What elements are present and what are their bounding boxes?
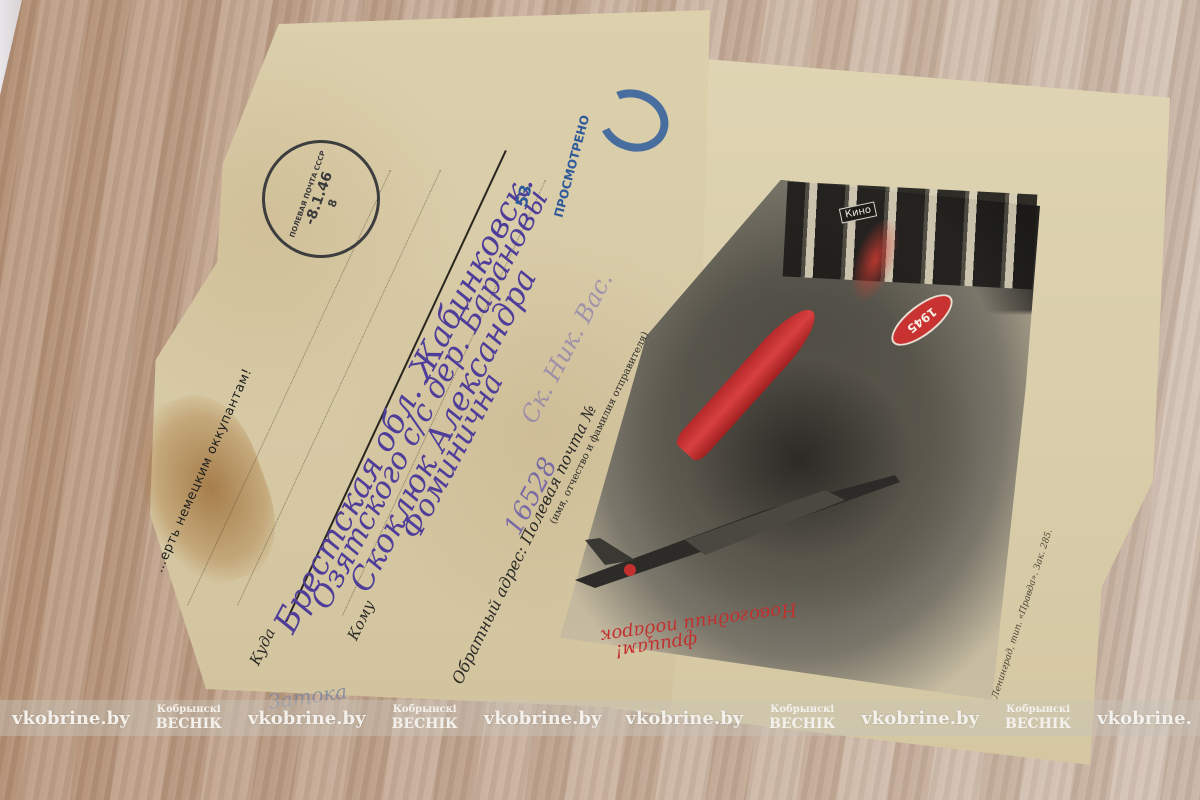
- watermark-site-text: vkobrine.by: [248, 708, 366, 729]
- watermark-site-text: vkobrine.: [1097, 708, 1192, 729]
- watermark-brand-logo: КобрынскіВЕСНІК: [392, 705, 458, 731]
- watermark-brand-top: Кобрынскі: [770, 705, 834, 715]
- watermark-site-text: vkobrine.by: [861, 708, 979, 729]
- watermark-brand-bottom: ВЕСНІК: [392, 717, 458, 731]
- watermark-brand-logo: КобрынскіВЕСНІК: [156, 705, 222, 731]
- city-buildings: [783, 182, 1038, 290]
- bomber-plane-icon: [565, 470, 925, 590]
- watermark-site-text: vkobrine.by: [12, 708, 130, 729]
- watermark-strip: vkobrine.byКобрынскіВЕСНІКvkobrine.byКоб…: [0, 700, 1200, 736]
- watermark-brand-bottom: ВЕСНІК: [156, 717, 222, 731]
- watermark-brand-top: Кобрынскі: [157, 705, 221, 715]
- watermark-brand-top: Кобрынскі: [1006, 705, 1070, 715]
- watermark-brand-bottom: ВЕСНІК: [1005, 717, 1071, 731]
- watermark-brand-logo: КобрынскіВЕСНІК: [769, 705, 835, 731]
- watermark-brand-logo: КобрынскіВЕСНІК: [1005, 705, 1071, 731]
- watermark-site-text: vkobrine.by: [484, 708, 602, 729]
- watermark-brand-top: Кобрынскі: [393, 705, 457, 715]
- postmark-extra: 8: [325, 197, 340, 209]
- watermark-site-text: vkobrine.by: [625, 708, 743, 729]
- watermark-brand-bottom: ВЕСНІК: [769, 717, 835, 731]
